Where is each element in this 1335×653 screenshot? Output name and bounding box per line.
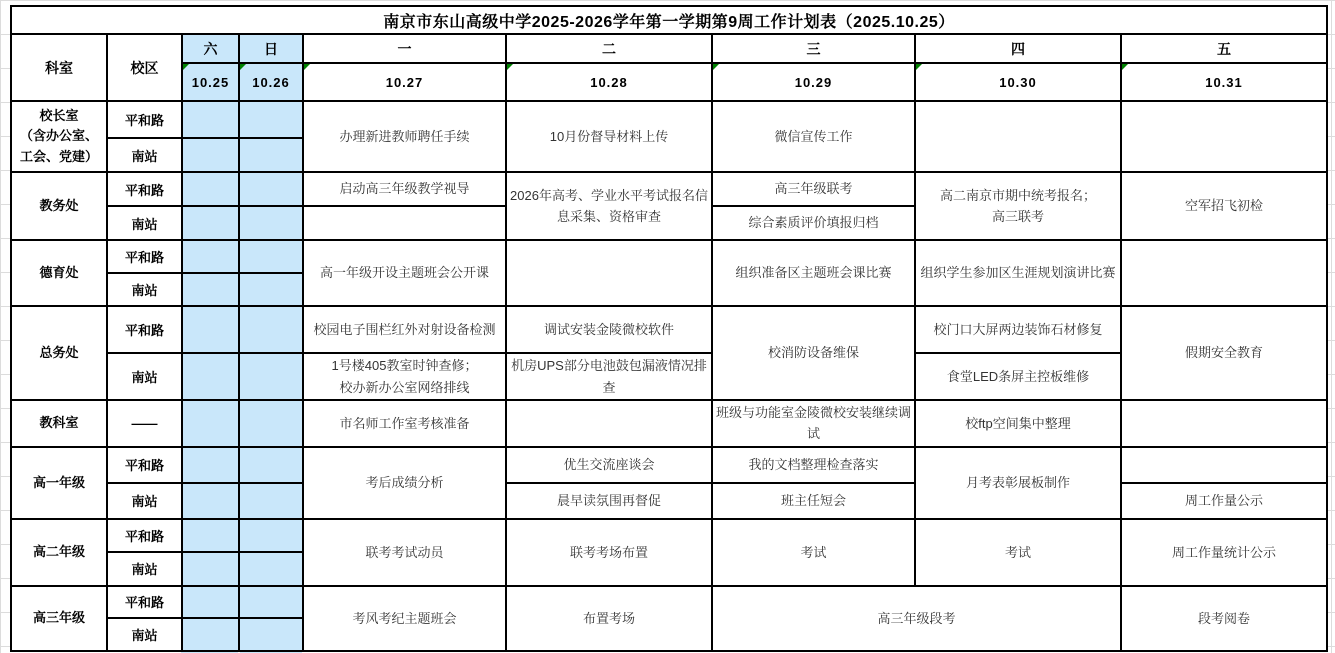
plan-cell[interactable]: 班级与功能室金陵微校安装继续调试 <box>712 400 915 447</box>
weekend-cell[interactable] <box>182 101 239 138</box>
dept-principal-office[interactable]: 校长室 （含办公室、 工会、党建） <box>11 101 107 172</box>
comment-indicator-icon <box>507 64 513 70</box>
plan-cell[interactable]: 组织准备区主题班会课比赛 <box>712 240 915 306</box>
plan-cell[interactable]: 校ftp空间集中整理 <box>915 400 1121 447</box>
campus-cell[interactable]: 南站 <box>107 618 182 651</box>
campus-cell[interactable]: 平和路 <box>107 586 182 618</box>
weekend-cell[interactable] <box>182 306 239 353</box>
weekend-cell[interactable] <box>182 552 239 586</box>
header-day-thu[interactable]: 四 <box>915 34 1121 63</box>
campus-cell[interactable]: 南站 <box>107 353 182 400</box>
weekend-cell[interactable] <box>239 101 303 138</box>
weekend-cell[interactable] <box>182 400 239 447</box>
header-date-sat[interactable]: 10.25 <box>182 63 239 101</box>
weekend-cell[interactable] <box>239 618 303 651</box>
plan-cell-empty[interactable] <box>1121 240 1327 306</box>
plan-cell[interactable]: 1号楼405教室时钟查修； 校办新办公室网络排线 <box>303 353 506 400</box>
plan-cell[interactable]: 假期安全教育 <box>1121 306 1327 400</box>
header-date-fri[interactable]: 10.31 <box>1121 63 1327 101</box>
weekend-cell[interactable] <box>239 273 303 306</box>
plan-cell-empty[interactable] <box>1121 400 1327 447</box>
date-label: 10.29 <box>795 75 833 90</box>
plan-cell-empty[interactable] <box>1121 101 1327 172</box>
plan-cell[interactable]: 考风考纪主题班会 <box>303 586 506 651</box>
plan-cell[interactable]: 晨早读氛围再督促 <box>506 483 712 519</box>
plan-cell[interactable]: 我的文档整理检查落实 <box>712 447 915 483</box>
plan-cell[interactable]: 周工作量公示 <box>1121 483 1327 519</box>
weekend-cell[interactable] <box>182 273 239 306</box>
comment-indicator-icon <box>916 64 922 70</box>
weekend-cell[interactable] <box>239 400 303 447</box>
weekend-cell[interactable] <box>239 353 303 400</box>
plan-cell[interactable]: 2026年高考、学业水平考试报名信息采集、资格审查 <box>506 172 712 240</box>
plan-cell[interactable]: 班主任短会 <box>712 483 915 519</box>
plan-cell[interactable]: 市名师工作室考核准备 <box>303 400 506 447</box>
weekend-cell[interactable] <box>239 447 303 483</box>
weekend-cell[interactable] <box>239 552 303 586</box>
plan-cell[interactable]: 高三年级段考 <box>712 586 1121 651</box>
header-day-sun[interactable]: 日 <box>239 34 303 63</box>
header-day-sat[interactable]: 六 <box>182 34 239 63</box>
plan-cell[interactable]: 周工作量统计公示 <box>1121 519 1327 586</box>
plan-cell[interactable]: 高二南京市期中统考报名； 高三联考 <box>915 172 1121 240</box>
plan-cell[interactable]: 段考阅卷 <box>1121 586 1327 651</box>
dept-general-affairs[interactable]: 总务处 <box>11 306 107 400</box>
dept-academic-affairs[interactable]: 教务处 <box>11 172 107 240</box>
plan-cell[interactable]: 机房UPS部分电池鼓包漏液情况排查 <box>506 353 712 400</box>
header-day-mon[interactable]: 一 <box>303 34 506 63</box>
campus-cell[interactable]: 南站 <box>107 273 182 306</box>
weekend-cell[interactable] <box>182 172 239 206</box>
campus-cell[interactable]: 平和路 <box>107 101 182 138</box>
campus-cell[interactable]: 平和路 <box>107 447 182 483</box>
plan-cell-empty[interactable] <box>506 240 712 306</box>
comment-indicator-icon <box>1122 64 1128 70</box>
plan-cell-empty[interactable] <box>303 206 506 240</box>
weekend-cell[interactable] <box>239 586 303 618</box>
header-day-wed[interactable]: 三 <box>712 34 915 63</box>
weekend-cell[interactable] <box>182 483 239 519</box>
plan-cell[interactable]: 校门口大屏两边装饰石材修复 <box>915 306 1121 353</box>
header-date-tue[interactable]: 10.28 <box>506 63 712 101</box>
dept-grade-10[interactable]: 高一年级 <box>11 447 107 519</box>
plan-cell[interactable]: 优生交流座谈会 <box>506 447 712 483</box>
weekend-cell[interactable] <box>182 353 239 400</box>
plan-cell[interactable]: 校园电子围栏红外对射设备检测 <box>303 306 506 353</box>
weekend-cell[interactable] <box>239 172 303 206</box>
campus-cell[interactable]: 平和路 <box>107 306 182 353</box>
header-date-sun[interactable]: 10.26 <box>239 63 303 101</box>
plan-cell[interactable]: 联考考试动员 <box>303 519 506 586</box>
weekend-cell[interactable] <box>239 519 303 552</box>
plan-cell[interactable]: 布置考场 <box>506 586 712 651</box>
campus-cell[interactable]: —— <box>107 400 182 447</box>
work-plan-sheet: 南京市东山高级中学2025-2026学年第一学期第9周工作计划表（2025.10… <box>10 5 1328 652</box>
plan-cell[interactable]: 综合素质评价填报归档 <box>712 206 915 240</box>
date-label: 10.31 <box>1205 75 1243 90</box>
comment-indicator-icon <box>240 64 246 70</box>
dept-grade-12[interactable]: 高三年级 <box>11 586 107 651</box>
weekend-cell[interactable] <box>239 306 303 353</box>
comment-indicator-icon <box>183 64 189 70</box>
weekend-cell[interactable] <box>182 138 239 172</box>
plan-cell[interactable]: 校消防设备维保 <box>712 306 915 400</box>
plan-cell[interactable]: 高三年级联考 <box>712 172 915 206</box>
plan-cell[interactable]: 调试安装金陵微校软件 <box>506 306 712 353</box>
date-label: 10.28 <box>590 75 628 90</box>
plan-cell[interactable]: 10月份督导材料上传 <box>506 101 712 172</box>
weekend-cell[interactable] <box>182 519 239 552</box>
date-label: 10.30 <box>999 75 1037 90</box>
plan-cell[interactable]: 空军招飞初检 <box>1121 172 1327 240</box>
dept-grade-11[interactable]: 高二年级 <box>11 519 107 586</box>
weekend-cell[interactable] <box>182 206 239 240</box>
dept-moral-education[interactable]: 德育处 <box>11 240 107 306</box>
date-label: 10.27 <box>386 75 424 90</box>
weekend-cell[interactable] <box>182 240 239 273</box>
header-day-tue[interactable]: 二 <box>506 34 712 63</box>
work-plan-table: 南京市东山高级中学2025-2026学年第一学期第9周工作计划表（2025.10… <box>10 5 1328 652</box>
plan-cell[interactable]: 微信宣传工作 <box>712 101 915 172</box>
weekend-cell[interactable] <box>239 483 303 519</box>
weekend-cell[interactable] <box>182 447 239 483</box>
date-label: 10.26 <box>252 75 290 90</box>
header-date-wed[interactable]: 10.29 <box>712 63 915 101</box>
dept-teaching-research[interactable]: 教科室 <box>11 400 107 447</box>
header-campus[interactable]: 校区 <box>107 34 182 101</box>
plan-cell[interactable]: 高一年级开设主题班会公开课 <box>303 240 506 306</box>
plan-cell-empty[interactable] <box>915 101 1121 172</box>
comment-indicator-icon <box>304 64 310 70</box>
plan-cell[interactable]: 考试 <box>915 519 1121 586</box>
header-date-thu[interactable]: 10.30 <box>915 63 1121 101</box>
plan-cell-empty[interactable] <box>506 400 712 447</box>
plan-cell[interactable]: 考试 <box>712 519 915 586</box>
campus-cell[interactable]: 平和路 <box>107 240 182 273</box>
weekend-cell[interactable] <box>239 206 303 240</box>
campus-cell[interactable]: 平和路 <box>107 519 182 552</box>
weekend-cell[interactable] <box>239 240 303 273</box>
plan-cell[interactable]: 月考表彰展板制作 <box>915 447 1121 519</box>
campus-cell[interactable]: 南站 <box>107 206 182 240</box>
plan-cell[interactable]: 食堂LED条屏主控板维修 <box>915 353 1121 400</box>
plan-cell[interactable]: 联考考场布置 <box>506 519 712 586</box>
campus-cell[interactable]: 南站 <box>107 552 182 586</box>
weekend-cell[interactable] <box>239 138 303 172</box>
campus-cell[interactable]: 平和路 <box>107 172 182 206</box>
plan-cell[interactable]: 办理新进教师聘任手续 <box>303 101 506 172</box>
date-label: 10.25 <box>192 75 230 90</box>
plan-cell-empty[interactable] <box>1121 447 1327 483</box>
plan-cell[interactable]: 组织学生参加区生涯规划演讲比赛 <box>915 240 1121 306</box>
campus-cell[interactable]: 南站 <box>107 483 182 519</box>
header-date-mon[interactable]: 10.27 <box>303 63 506 101</box>
plan-cell[interactable]: 考后成绩分析 <box>303 447 506 519</box>
campus-cell[interactable]: 南站 <box>107 138 182 172</box>
comment-indicator-icon <box>713 64 719 70</box>
header-day-fri[interactable]: 五 <box>1121 34 1327 63</box>
weekend-cell[interactable] <box>182 586 239 618</box>
sheet-title: 南京市东山高级中学2025-2026学年第一学期第9周工作计划表（2025.10… <box>11 6 1327 34</box>
weekend-cell[interactable] <box>182 618 239 651</box>
header-dept[interactable]: 科室 <box>11 34 107 101</box>
plan-cell[interactable]: 启动高三年级教学视导 <box>303 172 506 206</box>
